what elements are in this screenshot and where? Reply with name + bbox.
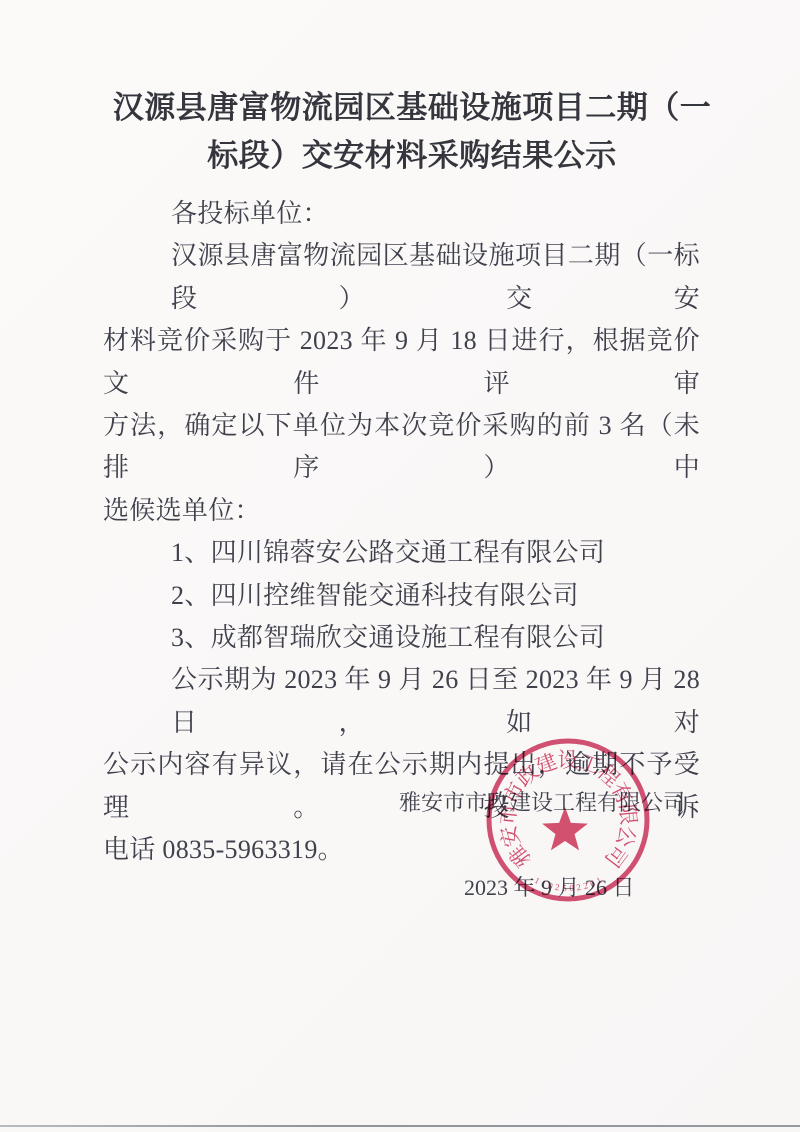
title-line-1: 汉源县唐富物流园区基础设施项目二期（一 xyxy=(112,84,712,132)
body-line: 方法，确定以下单位为本次竞价采购的前 3 名（未排序）中 xyxy=(103,405,700,490)
body-line: 材料竞价采购于 2023 年 9 月 18 日进行，根据竞价文件评审 xyxy=(103,320,700,405)
candidate-list-item: 3、成都智瑞欣交通设施工程有限公司 xyxy=(103,617,700,659)
body-line: 选候选单位： xyxy=(103,490,700,532)
signature-company: 雅安市市政建设工程有限公司 xyxy=(399,788,685,818)
document-body: 各投标单位： 汉源县唐富物流园区基础设施项目二期（一标段）交安 材料竞价采购于 … xyxy=(103,193,700,872)
candidate-list-item: 1、四川锦蓉安公路交通工程有限公司 xyxy=(103,532,700,574)
complaint-phone-line: 电话 0835-5963319。 xyxy=(103,829,700,871)
salutation: 各投标单位： xyxy=(103,193,700,235)
body-line: 公示期为 2023 年 9 月 26 日至 2023 年 9 月 28 日，如对 xyxy=(103,659,700,744)
body-line: 汉源县唐富物流园区基础设施项目二期（一标段）交安 xyxy=(103,235,700,320)
document-page: 汉源县唐富物流园区基础设施项目二期（一 标段）交安材料采购结果公示 各投标单位：… xyxy=(0,0,800,1132)
candidate-list-item: 2、四川控维智能交通科技有限公司 xyxy=(103,575,700,617)
signature-date: 2023 年 9 月 26 日 xyxy=(464,873,635,903)
title-line-2: 标段）交安材料采购结果公示 xyxy=(112,132,712,180)
scan-bottom-edge xyxy=(0,1125,800,1127)
document-title: 汉源县唐富物流园区基础设施项目二期（一 标段）交安材料采购结果公示 xyxy=(112,84,712,180)
